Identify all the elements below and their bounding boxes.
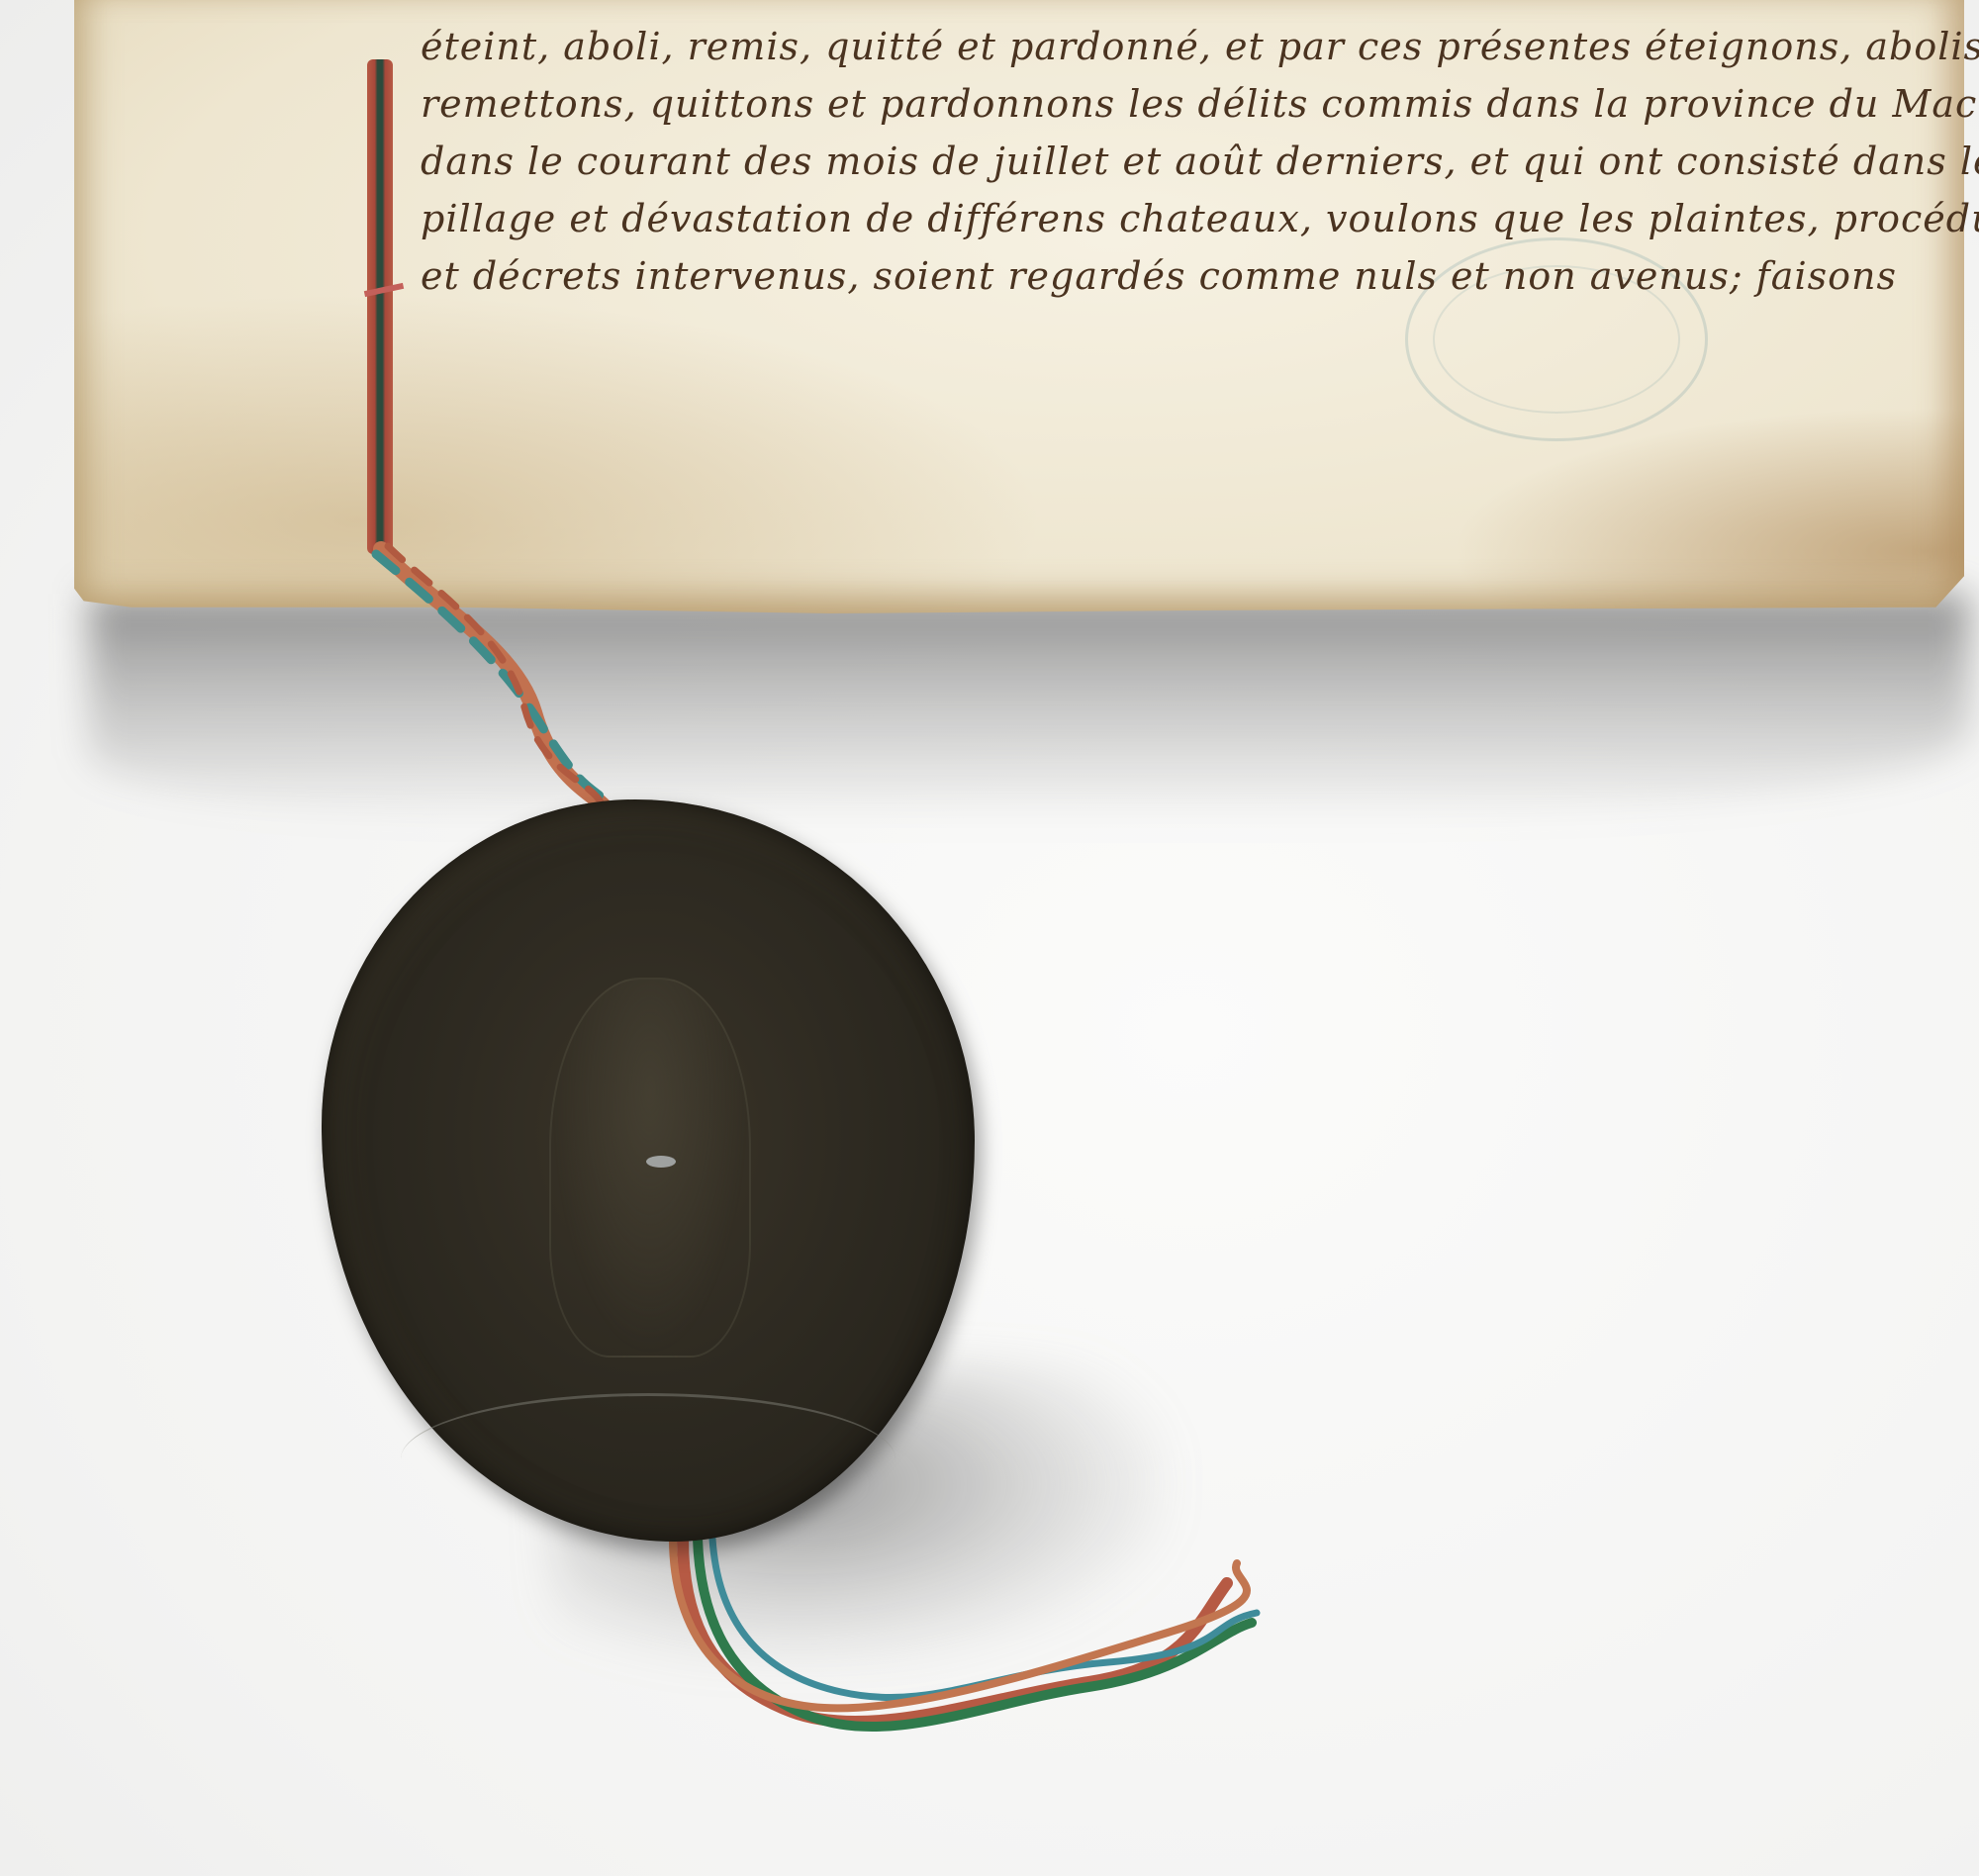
seal-highlight <box>646 1156 676 1168</box>
twisted-silk-cords <box>0 0 1979 1876</box>
seal-figure-relief <box>549 978 751 1358</box>
seal-lower-rim <box>401 1393 895 1525</box>
